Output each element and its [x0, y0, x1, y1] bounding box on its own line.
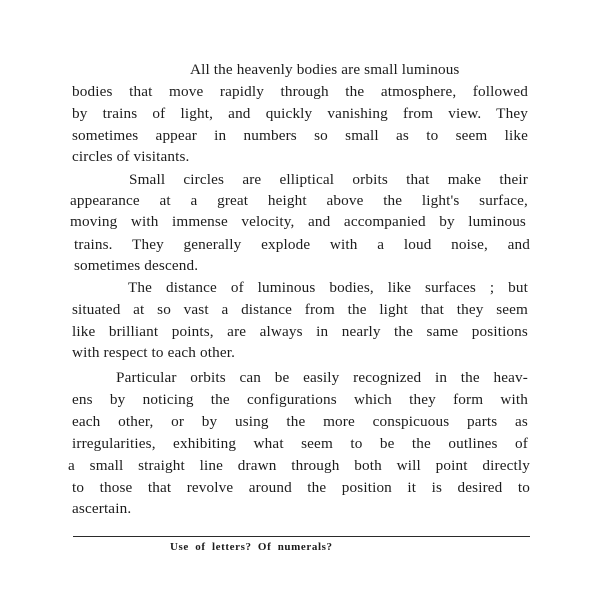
- text-line: with respect to each other.: [72, 344, 235, 362]
- document-page: All the heavenly bodies are small lumino…: [0, 0, 600, 600]
- text-line: Particular orbits can be easily recogniz…: [116, 369, 528, 387]
- text-line: ens by noticing the configurations which…: [72, 391, 528, 409]
- text-line: circles of visitants.: [72, 148, 189, 166]
- text-line: by trains of light, and quickly vanishin…: [72, 105, 528, 123]
- text-line: ascertain.: [72, 500, 131, 518]
- text-line: sometimes descend.: [74, 257, 198, 275]
- text-line: The distance of luminous bodies, like su…: [128, 279, 528, 297]
- text-line: sometimes appear in numbers so small as …: [72, 127, 528, 145]
- text-line: bodies that move rapidly through the atm…: [72, 83, 528, 101]
- text-line: appearance at a great height above the l…: [70, 192, 528, 210]
- text-line: a small straight line drawn through both…: [68, 457, 530, 475]
- text-line: trains. They generally explode with a lo…: [74, 236, 530, 254]
- text-line: to those that revolve around the positio…: [72, 479, 530, 497]
- text-line: situated at so vast a distance from the …: [72, 301, 528, 319]
- text-line: each other, or by using the more conspic…: [72, 413, 528, 431]
- text-line: moving with immense velocity, and accomp…: [70, 213, 526, 231]
- footnote-divider: [73, 536, 530, 537]
- text-line: Small circles are elliptical orbits that…: [129, 171, 528, 189]
- text-line: All the heavenly bodies are small lumino…: [190, 61, 460, 79]
- footer-question: Use of letters? Of numerals?: [170, 541, 333, 553]
- text-line: like brilliant points, are always in nea…: [72, 323, 528, 341]
- text-line: irregularities, exhibiting what seem to …: [72, 435, 528, 453]
